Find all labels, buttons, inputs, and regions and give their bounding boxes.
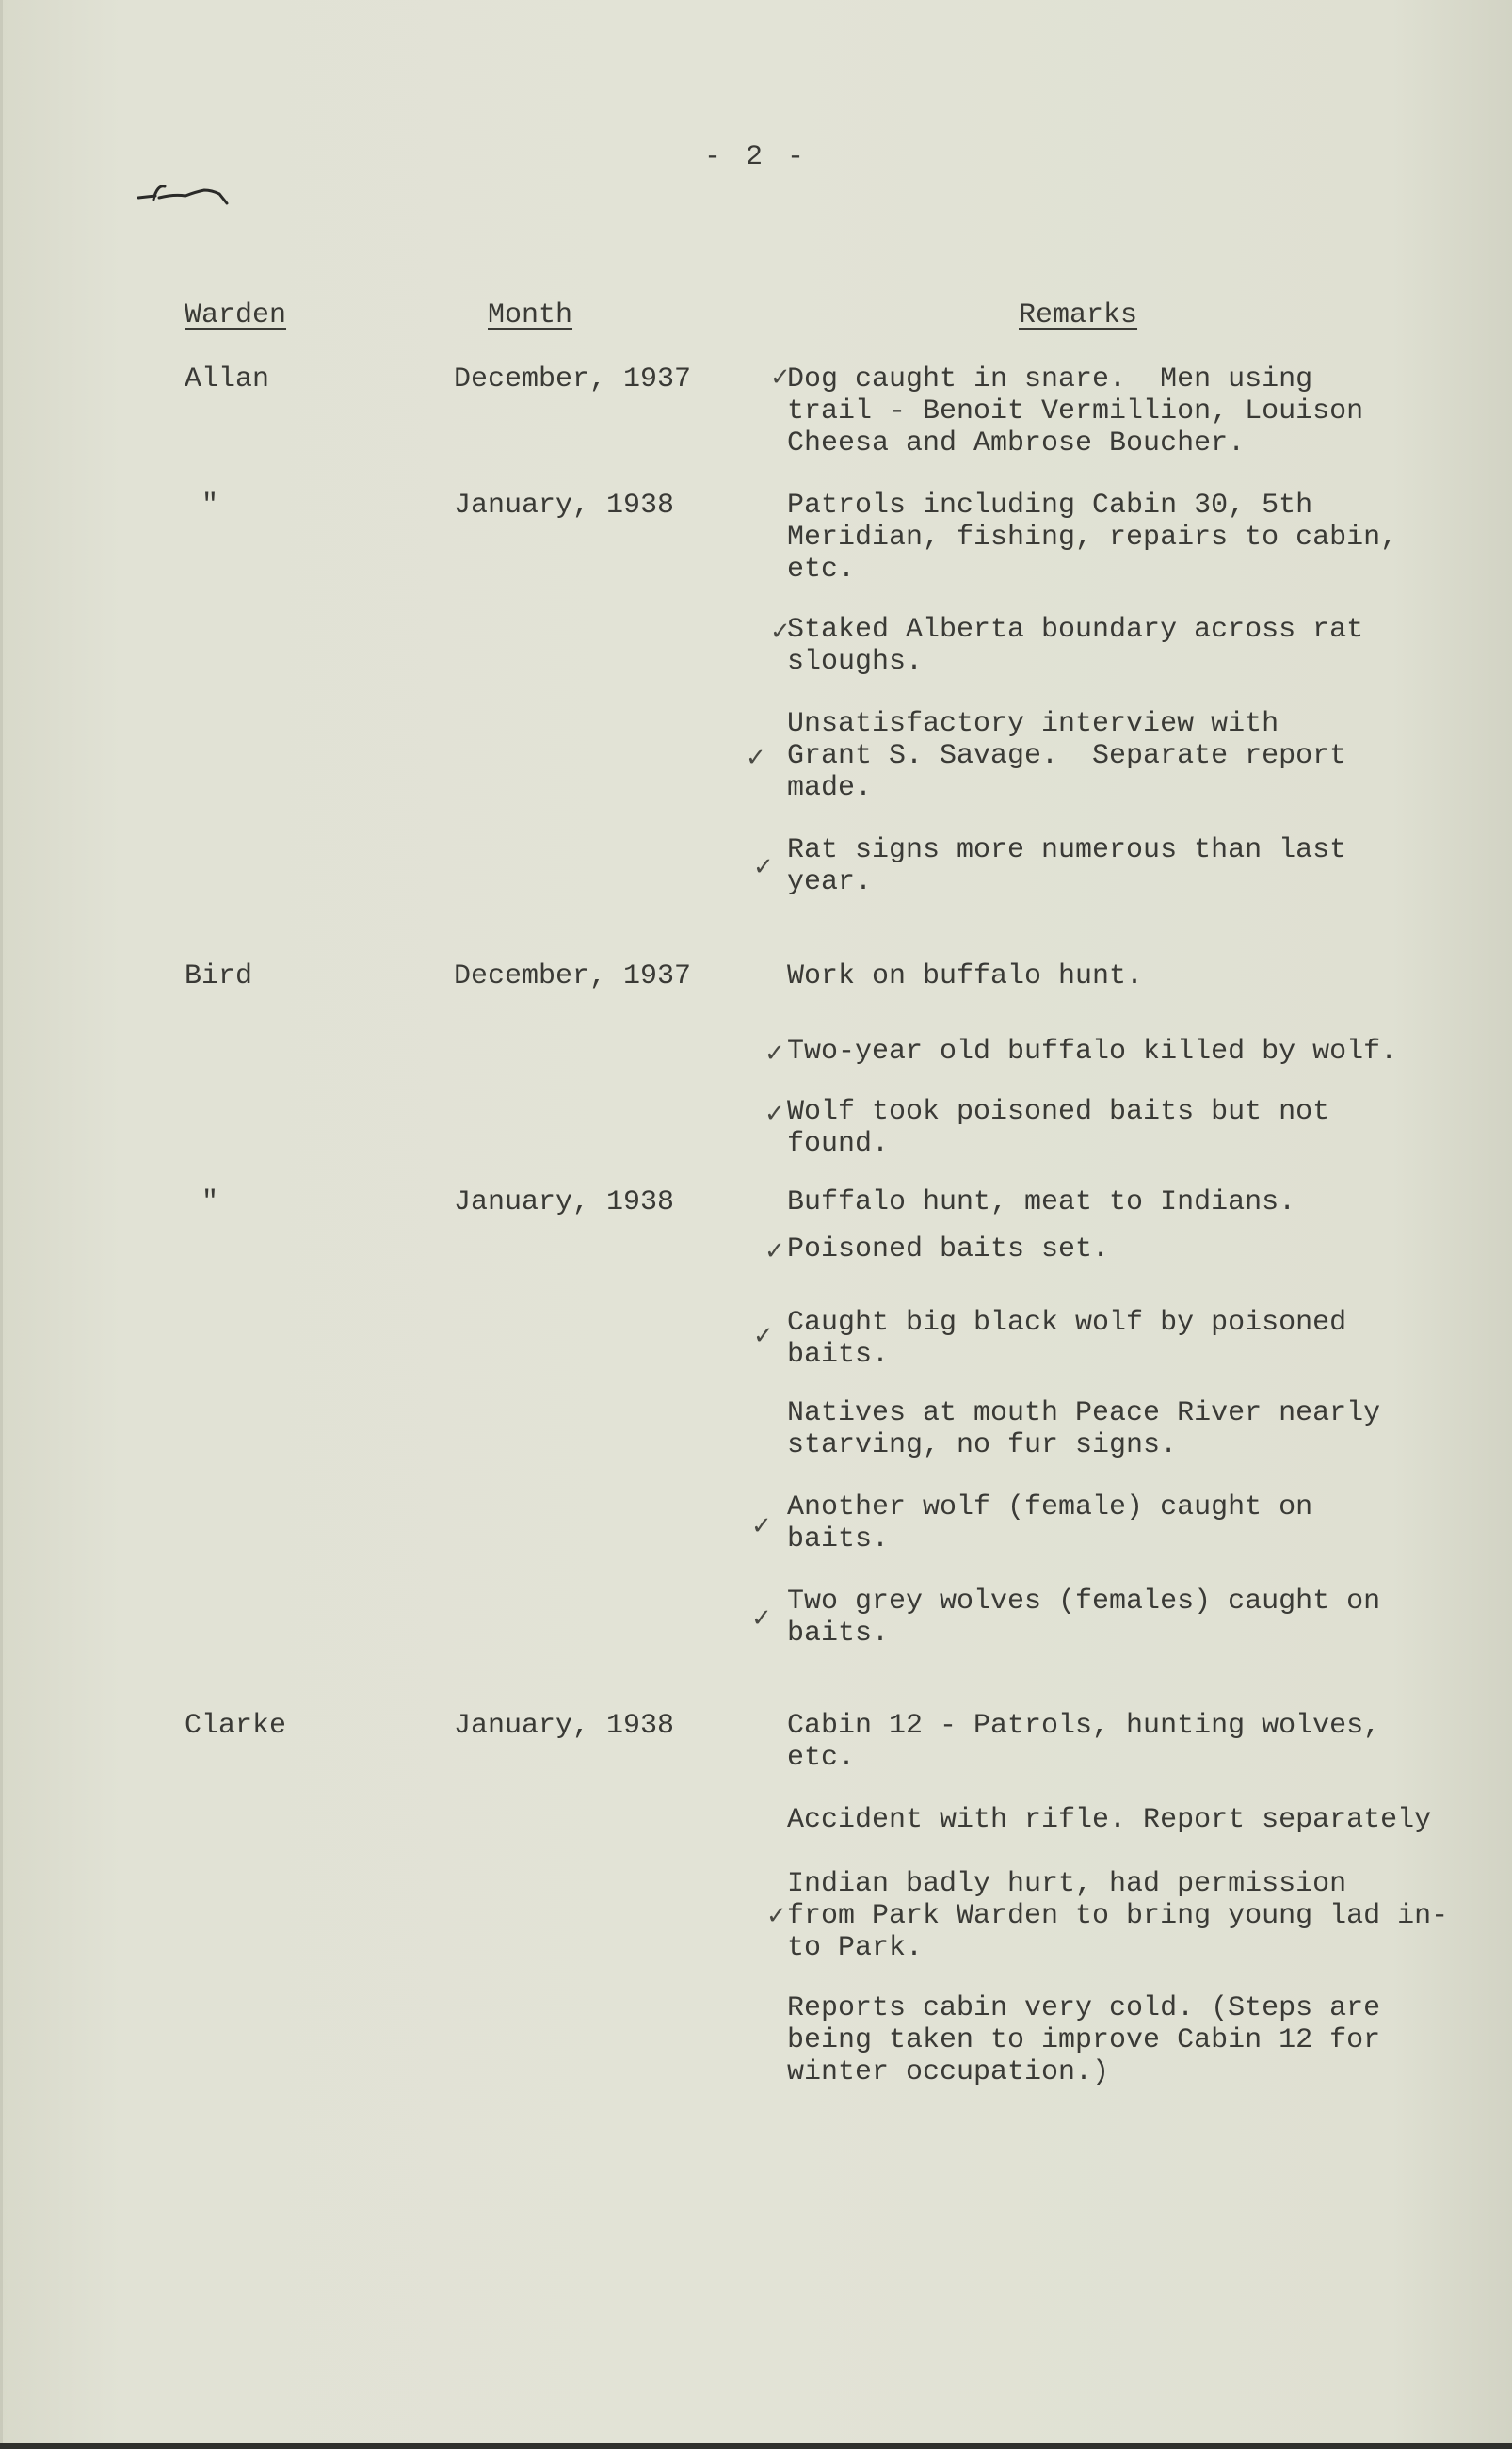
remark-text: Patrols including Cabin 30, 5th Meridian… (787, 490, 1397, 586)
remark-text: Work on buffalo hunt. (787, 960, 1143, 992)
check-mark-icon: ✓ (764, 1237, 785, 1265)
remark-text: Another wolf (female) caught on baits. (787, 1491, 1312, 1555)
check-mark-icon: ✓ (764, 1100, 785, 1128)
handwritten-initials-icon (137, 177, 240, 205)
header-remarks: Remarks (1019, 299, 1137, 331)
page-left-edge (0, 0, 3, 2449)
remark-text: Cabin 12 - Patrols, hunting wolves, etc. (787, 1710, 1380, 1774)
remark-text: Natives at mouth Peace River nearly star… (787, 1397, 1380, 1461)
warden-name: Bird (185, 960, 252, 992)
remark-text: Reports cabin very cold. (Steps are bein… (787, 1992, 1380, 2088)
entry-month: January, 1938 (454, 1186, 674, 1218)
check-mark-icon: ✓ (764, 1039, 785, 1068)
page-bottom-edge (0, 2443, 1512, 2449)
remark-text: Staked Alberta boundary across rat sloug… (787, 614, 1363, 678)
header-month: Month (488, 299, 572, 331)
remark-text: Accident with rifle. Report separately (787, 1804, 1431, 1836)
remark-text: Indian badly hurt, had permission from P… (787, 1868, 1448, 1964)
warden-name-ditto: " (201, 490, 218, 522)
warden-name: Allan (185, 363, 269, 395)
remark-text: Unsatisfactory interview with Grant S. S… (787, 708, 1346, 804)
remark-text: Buffalo hunt, meat to Indians. (787, 1186, 1295, 1218)
warden-name-ditto: " (201, 1186, 218, 1218)
entry-month: December, 1937 (454, 960, 691, 992)
entry-month: January, 1938 (454, 490, 674, 522)
warden-name: Clarke (185, 1710, 286, 1742)
page-number: - 2 - (0, 141, 1512, 173)
check-mark-icon: ✓ (746, 744, 766, 772)
document-page: - 2 - Warden Month Remarks Allan Decembe… (0, 0, 1512, 2449)
entry-month: December, 1937 (454, 363, 691, 395)
remark-text: Poisoned baits set. (787, 1233, 1109, 1265)
check-mark-icon: ✓ (753, 853, 774, 881)
remark-text: Wolf took poisoned baits but not found. (787, 1096, 1329, 1160)
check-mark-icon: ✓ (751, 1512, 772, 1540)
header-warden: Warden (185, 299, 286, 331)
remark-text: Rat signs more numerous than last year. (787, 834, 1346, 898)
check-mark-icon: ✓ (751, 1604, 772, 1633)
entry-month: January, 1938 (454, 1710, 674, 1742)
check-mark-icon: ✓ (766, 1902, 787, 1930)
remark-text: Dog caught in snare. Men using trail - B… (787, 363, 1363, 459)
remark-text: Two-year old buffalo killed by wolf. (787, 1036, 1397, 1068)
check-mark-icon: ✓ (753, 1322, 774, 1350)
remark-text: Two grey wolves (females) caught on bait… (787, 1586, 1380, 1650)
remark-text: Caught big black wolf by poisoned baits. (787, 1307, 1346, 1371)
